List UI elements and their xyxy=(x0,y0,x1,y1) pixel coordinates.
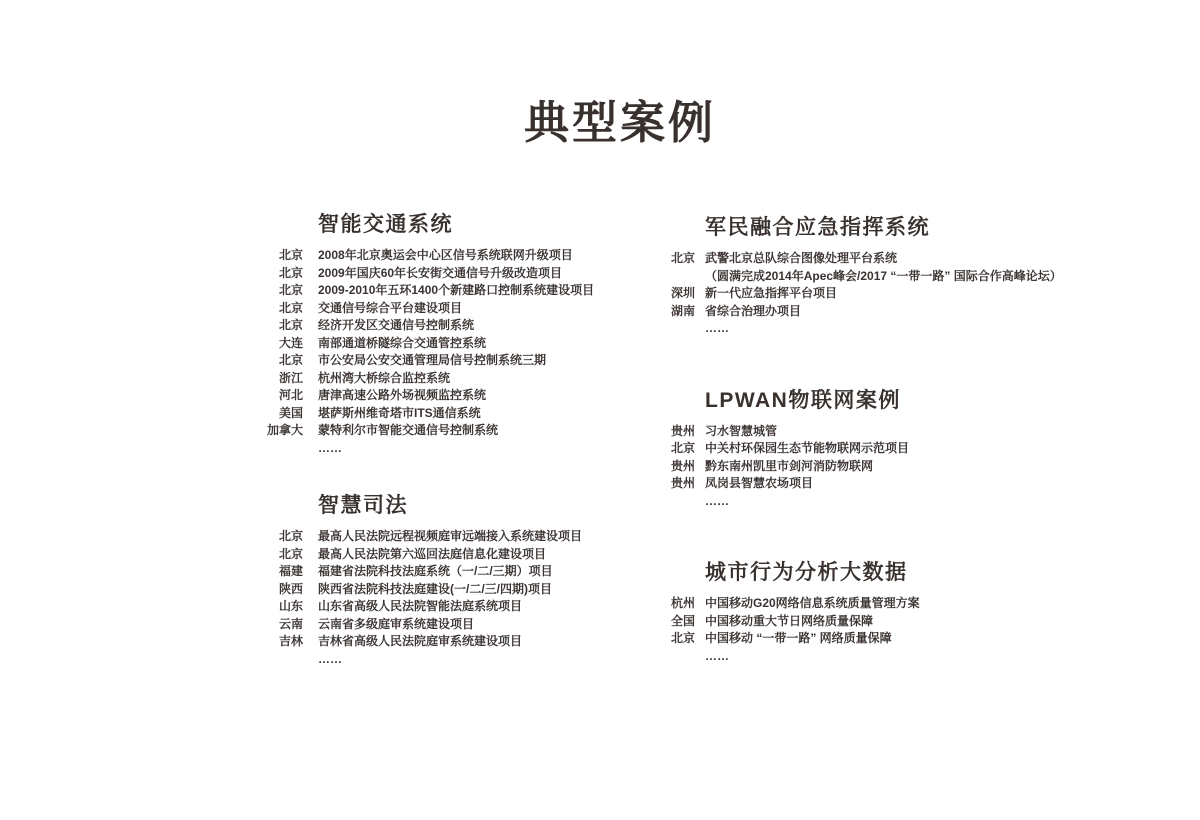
case-row: 加拿大 蒙特利尔市智能交通信号控制系统 xyxy=(243,422,623,440)
case-row: 贵州 凤岗县智慧农场项目 xyxy=(645,475,1105,493)
section-title: 智慧司法 xyxy=(318,493,623,519)
case-row: 美国 堪萨斯州维奇塔市ITS通信系统 xyxy=(243,405,623,423)
case-row: 河北 唐津高速公路外场视频监控系统 xyxy=(243,387,623,405)
case-list: 北京 武警北京总队综合图像处理平台系统（圆满完成2014年Apec峰会/2017… xyxy=(645,250,1105,338)
case-line: 2008年北京奥运会中心区信号系统联网升级项目 xyxy=(318,247,623,265)
case-line: 习水智慧城管 xyxy=(705,423,1105,441)
case-list: 北京 2008年北京奥运会中心区信号系统联网升级项目 北京 2009年国庆60年… xyxy=(243,247,623,457)
case-row: 杭州 中国移动G20网络信息系统质量管理方案 xyxy=(645,595,1105,613)
case-line: …… xyxy=(705,320,1105,338)
case-line: 吉林省高级人民法院庭审系统建设项目 xyxy=(318,633,623,651)
case-line: 2009年国庆60年长安街交通信号升级改造项目 xyxy=(318,265,623,283)
left-column: 智能交通系统 北京 2008年北京奥运会中心区信号系统联网升级项目 北京 200… xyxy=(243,212,623,668)
case-line: …… xyxy=(318,440,623,458)
page-title: 典型案例 xyxy=(0,86,1200,151)
case-project: 吉林省高级人民法院庭审系统建设项目 xyxy=(318,633,623,651)
case-project: 交通信号综合平台建设项目 xyxy=(318,300,623,318)
case-location: 北京 xyxy=(645,440,695,458)
section-civil-military-emergency-command: 军民融合应急指挥系统 北京 武警北京总队综合图像处理平台系统（圆满完成2014年… xyxy=(645,215,1105,338)
case-line: 最高人民法院第六巡回法庭信息化建设项目 xyxy=(318,546,623,564)
case-location: 山东 xyxy=(243,598,303,616)
case-project: 山东省高级人民法院智能法庭系统项目 xyxy=(318,598,623,616)
case-location: 美国 xyxy=(243,405,303,423)
case-line: …… xyxy=(705,648,1105,666)
case-line: …… xyxy=(318,651,623,669)
case-project: 中国移动重大节日网络质量保障 xyxy=(705,613,1105,631)
case-location: 湖南 xyxy=(645,303,695,321)
case-location: 全国 xyxy=(645,613,695,631)
case-row: 北京 经济开发区交通信号控制系统 xyxy=(243,317,623,335)
case-location: 云南 xyxy=(243,616,303,634)
case-line: 中国移动G20网络信息系统质量管理方案 xyxy=(705,595,1105,613)
case-row: 北京 中关村环保园生态节能物联网示范项目 xyxy=(645,440,1105,458)
case-line: 凤岗县智慧农场项目 xyxy=(705,475,1105,493)
case-row: …… xyxy=(645,493,1105,511)
case-location: 贵州 xyxy=(645,458,695,476)
case-row: 浙江 杭州湾大桥综合监控系统 xyxy=(243,370,623,388)
case-line: 山东省高级人民法院智能法庭系统项目 xyxy=(318,598,623,616)
case-row: 北京 2008年北京奥运会中心区信号系统联网升级项目 xyxy=(243,247,623,265)
case-location: 北京 xyxy=(243,317,303,335)
case-project: …… xyxy=(705,493,1105,511)
case-row: 北京 交通信号综合平台建设项目 xyxy=(243,300,623,318)
case-location: 深圳 xyxy=(645,285,695,303)
case-project: 最高人民法院远程视频庭审远端接入系统建设项目 xyxy=(318,528,623,546)
case-line: 唐津高速公路外场视频监控系统 xyxy=(318,387,623,405)
case-project: 中国移动 “一带一路” 网络质量保障 xyxy=(705,630,1105,648)
case-location: 大连 xyxy=(243,335,303,353)
case-project: …… xyxy=(318,440,623,458)
case-location: 北京 xyxy=(243,546,303,564)
case-line: 市公安局公安交通管理局信号控制系统三期 xyxy=(318,352,623,370)
case-location: 浙江 xyxy=(243,370,303,388)
case-location: 北京 xyxy=(243,352,303,370)
case-project: 福建省法院科技法庭系统（一/二/三期）项目 xyxy=(318,563,623,581)
case-location: 北京 xyxy=(645,630,695,648)
case-project: 中关村环保园生态节能物联网示范项目 xyxy=(705,440,1105,458)
case-row: 北京 市公安局公安交通管理局信号控制系统三期 xyxy=(243,352,623,370)
section-title: 智能交通系统 xyxy=(318,212,623,238)
case-location: 北京 xyxy=(243,528,303,546)
case-location: 北京 xyxy=(645,250,695,268)
case-row: 福建 福建省法院科技法庭系统（一/二/三期）项目 xyxy=(243,563,623,581)
case-project: 黔东南州凯里市剑河消防物联网 xyxy=(705,458,1105,476)
case-row: 北京 中国移动 “一带一路” 网络质量保障 xyxy=(645,630,1105,648)
case-row: 山东 山东省高级人民法院智能法庭系统项目 xyxy=(243,598,623,616)
case-line: 中关村环保园生态节能物联网示范项目 xyxy=(705,440,1105,458)
case-project: 凤岗县智慧农场项目 xyxy=(705,475,1105,493)
section-title: 军民融合应急指挥系统 xyxy=(705,215,1105,241)
case-row: 云南 云南省多级庭审系统建设项目 xyxy=(243,616,623,634)
case-line: 新一代应急指挥平台项目 xyxy=(705,285,1105,303)
case-project: …… xyxy=(318,651,623,669)
case-row: 吉林 吉林省高级人民法院庭审系统建设项目 xyxy=(243,633,623,651)
case-line: 武警北京总队综合图像处理平台系统 xyxy=(705,250,1105,268)
case-project: 省综合治理办项目 xyxy=(705,303,1105,321)
case-location: 福建 xyxy=(243,563,303,581)
case-line: （圆满完成2014年Apec峰会/2017 “一带一路” 国际合作高峰论坛） xyxy=(705,268,1105,286)
section-lpwan-iot-cases: LPWAN物联网案例 贵州 习水智慧城管 北京 中关村环保园生态节能物联网示范项… xyxy=(645,388,1105,511)
case-project: 习水智慧城管 xyxy=(705,423,1105,441)
case-row: 深圳 新一代应急指挥平台项目 xyxy=(645,285,1105,303)
case-row: 贵州 习水智慧城管 xyxy=(645,423,1105,441)
case-line: 蒙特利尔市智能交通信号控制系统 xyxy=(318,422,623,440)
case-row: 北京 武警北京总队综合图像处理平台系统（圆满完成2014年Apec峰会/2017… xyxy=(645,250,1105,285)
case-row: 贵州 黔东南州凯里市剑河消防物联网 xyxy=(645,458,1105,476)
case-list: 杭州 中国移动G20网络信息系统质量管理方案 全国 中国移动重大节日网络质量保障… xyxy=(645,595,1105,665)
case-project: 最高人民法院第六巡回法庭信息化建设项目 xyxy=(318,546,623,564)
case-row: 北京 2009年国庆60年长安街交通信号升级改造项目 xyxy=(243,265,623,283)
section-urban-behavior-bigdata: 城市行为分析大数据 杭州 中国移动G20网络信息系统质量管理方案 全国 中国移动… xyxy=(645,560,1105,665)
case-line: 杭州湾大桥综合监控系统 xyxy=(318,370,623,388)
case-row: 陕西 陕西省法院科技法庭建设(一/二/三/四期)项目 xyxy=(243,581,623,599)
case-line: 经济开发区交通信号控制系统 xyxy=(318,317,623,335)
section-title: LPWAN物联网案例 xyxy=(705,388,1105,414)
case-location: 北京 xyxy=(243,265,303,283)
case-row: 全国 中国移动重大节日网络质量保障 xyxy=(645,613,1105,631)
case-row: 湖南 省综合治理办项目 xyxy=(645,303,1105,321)
case-line: 2009-2010年五环1400个新建路口控制系统建设项目 xyxy=(318,282,623,300)
case-project: 杭州湾大桥综合监控系统 xyxy=(318,370,623,388)
case-project: 蒙特利尔市智能交通信号控制系统 xyxy=(318,422,623,440)
case-project: …… xyxy=(705,320,1105,338)
case-row: …… xyxy=(645,648,1105,666)
case-line: 南部通道桥隧综合交通管控系统 xyxy=(318,335,623,353)
right-column: 军民融合应急指挥系统 北京 武警北京总队综合图像处理平台系统（圆满完成2014年… xyxy=(645,215,1105,665)
case-project: 新一代应急指挥平台项目 xyxy=(705,285,1105,303)
case-project: 中国移动G20网络信息系统质量管理方案 xyxy=(705,595,1105,613)
case-row: 北京 最高人民法院远程视频庭审远端接入系统建设项目 xyxy=(243,528,623,546)
case-location: 北京 xyxy=(243,300,303,318)
case-location: 陕西 xyxy=(243,581,303,599)
case-line: 中国移动重大节日网络质量保障 xyxy=(705,613,1105,631)
case-project: 陕西省法院科技法庭建设(一/二/三/四期)项目 xyxy=(318,581,623,599)
case-row: 大连 南部通道桥隧综合交通管控系统 xyxy=(243,335,623,353)
case-project: 经济开发区交通信号控制系统 xyxy=(318,317,623,335)
case-project: 2008年北京奥运会中心区信号系统联网升级项目 xyxy=(318,247,623,265)
case-project: …… xyxy=(705,648,1105,666)
case-project: 南部通道桥隧综合交通管控系统 xyxy=(318,335,623,353)
case-line: 黔东南州凯里市剑河消防物联网 xyxy=(705,458,1105,476)
case-project: 唐津高速公路外场视频监控系统 xyxy=(318,387,623,405)
case-line: …… xyxy=(705,493,1105,511)
case-location: 贵州 xyxy=(645,475,695,493)
case-location: 吉林 xyxy=(243,633,303,651)
section-title: 城市行为分析大数据 xyxy=(705,560,1105,586)
case-row: 北京 最高人民法院第六巡回法庭信息化建设项目 xyxy=(243,546,623,564)
case-location: 河北 xyxy=(243,387,303,405)
case-project: 堪萨斯州维奇塔市ITS通信系统 xyxy=(318,405,623,423)
case-project: 云南省多级庭审系统建设项目 xyxy=(318,616,623,634)
case-project: 武警北京总队综合图像处理平台系统（圆满完成2014年Apec峰会/2017 “一… xyxy=(705,250,1105,285)
case-line: 堪萨斯州维奇塔市ITS通信系统 xyxy=(318,405,623,423)
case-location: 杭州 xyxy=(645,595,695,613)
case-location: 北京 xyxy=(243,247,303,265)
case-line: 福建省法院科技法庭系统（一/二/三期）项目 xyxy=(318,563,623,581)
case-row: 北京 2009-2010年五环1400个新建路口控制系统建设项目 xyxy=(243,282,623,300)
case-project: 市公安局公安交通管理局信号控制系统三期 xyxy=(318,352,623,370)
section-intelligent-transport: 智能交通系统 北京 2008年北京奥运会中心区信号系统联网升级项目 北京 200… xyxy=(243,212,623,457)
case-list: 贵州 习水智慧城管 北京 中关村环保园生态节能物联网示范项目 贵州 黔东南州凯里… xyxy=(645,423,1105,511)
case-location: 加拿大 xyxy=(243,422,303,440)
case-location: 贵州 xyxy=(645,423,695,441)
section-smart-justice: 智慧司法 北京 最高人民法院远程视频庭审远端接入系统建设项目 北京 最高人民法院… xyxy=(243,493,623,668)
case-list: 北京 最高人民法院远程视频庭审远端接入系统建设项目 北京 最高人民法院第六巡回法… xyxy=(243,528,623,668)
case-project: 2009年国庆60年长安街交通信号升级改造项目 xyxy=(318,265,623,283)
case-line: 云南省多级庭审系统建设项目 xyxy=(318,616,623,634)
case-line: 最高人民法院远程视频庭审远端接入系统建设项目 xyxy=(318,528,623,546)
case-location: 北京 xyxy=(243,282,303,300)
case-line: 中国移动 “一带一路” 网络质量保障 xyxy=(705,630,1105,648)
case-line: 省综合治理办项目 xyxy=(705,303,1105,321)
case-row: …… xyxy=(645,320,1105,338)
case-project: 2009-2010年五环1400个新建路口控制系统建设项目 xyxy=(318,282,623,300)
case-line: 陕西省法院科技法庭建设(一/二/三/四期)项目 xyxy=(318,581,623,599)
case-row: …… xyxy=(243,440,623,458)
case-line: 交通信号综合平台建设项目 xyxy=(318,300,623,318)
case-row: …… xyxy=(243,651,623,669)
